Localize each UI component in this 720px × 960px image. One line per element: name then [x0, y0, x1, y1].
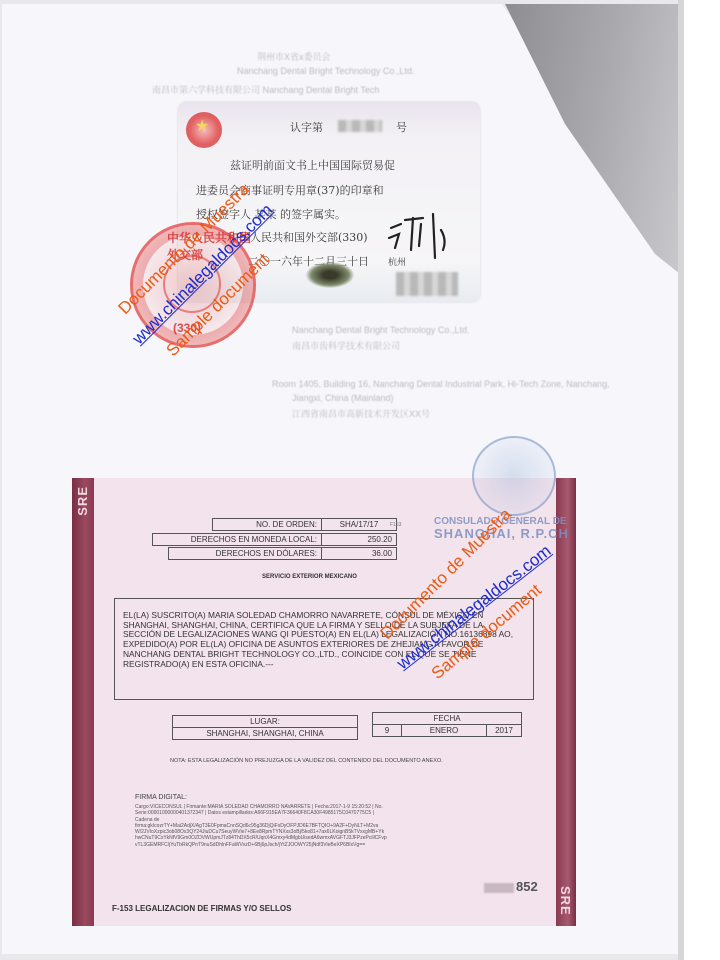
- serial-number: 852: [484, 879, 538, 894]
- usd-fee-value: 36.00: [322, 548, 397, 560]
- scan-edge: [678, 0, 684, 960]
- form-title: F-153 LEGALIZACION DE FIRMAS Y/O SELLOS: [112, 904, 291, 913]
- left-border-bar: SRE: [72, 478, 94, 926]
- order-label: NO. DE ORDEN:: [213, 519, 322, 531]
- faint-line: 江西省南昌市高新技术开发区XX号: [292, 407, 430, 420]
- sre-label: SRE: [558, 886, 573, 916]
- faint-line: Nanchang Dental Bright Technology Co.,Lt…: [237, 66, 414, 76]
- faint-line: Nanchang Dental Bright Technology Co.,Lt…: [292, 325, 469, 335]
- faint-line: 荆州市X省x委员会: [257, 50, 331, 63]
- date-label: FECHA: [373, 713, 522, 725]
- date-day: 9: [373, 725, 402, 737]
- faint-line: 南昌市齿科学技术有限公司: [292, 339, 400, 352]
- date-year: 2017: [487, 725, 522, 737]
- certificate-number-label: 认字第: [290, 119, 323, 135]
- redacted-serial: [396, 272, 458, 296]
- faint-line: Room 1405, Building 16, Nanchang Dental …: [272, 379, 610, 389]
- digital-signature-block: Cargo:VICECONSUL | Firmante:MARIA SOLEDA…: [135, 804, 535, 848]
- redacted-serial-prefix: [484, 883, 514, 893]
- place-label: LUGAR:: [173, 716, 358, 728]
- validity-note: NOTA: ESTA LEGALIZACIÓN NO PREJUZGA DE L…: [170, 758, 443, 764]
- serial-suffix: 852: [516, 879, 538, 894]
- place-table: LUGAR: SHANGHAI, SHANGHAI, CHINA: [172, 715, 358, 740]
- consulate-seal-icon: [472, 436, 556, 516]
- form-code-small: F153: [390, 522, 401, 528]
- national-emblem-icon: [186, 112, 222, 148]
- fees-table: NO. DE ORDEN: SHA/17/17: [212, 518, 397, 531]
- fees-table-local: DERECHOS EN MONEDA LOCAL: 250.20: [152, 533, 397, 546]
- local-fee-value: 250.20: [322, 534, 397, 546]
- digital-signature-title: FIRMA DIGITAL:: [135, 794, 187, 801]
- certificate-line: 兹证明前面文书上中国国际贸易促: [230, 157, 395, 173]
- faint-line: Jiangxi, China (Mainland): [292, 393, 394, 403]
- service-heading: SERVICIO EXTERIOR MEXICANO: [262, 574, 357, 580]
- date-month: ENERO: [402, 725, 487, 737]
- local-fee-label: DERECHOS EN MONEDA LOCAL:: [153, 534, 322, 546]
- sre-label: SRE: [75, 486, 90, 516]
- hologram-icon: [306, 262, 354, 288]
- place-value: SHANGHAI, SHANGHAI, CHINA: [173, 728, 358, 740]
- mexican-legalization-form: SRE SRE NO. DE ORDEN: SHA/17/17 DERECHOS…: [72, 478, 576, 926]
- right-border-bar: SRE: [556, 478, 576, 926]
- certificate-number-suffix: 号: [396, 119, 407, 135]
- usd-fee-label: DERECHOS EN DÓLARES:: [169, 548, 322, 560]
- signature-icon: [383, 210, 473, 260]
- date-table: FECHA 9 ENERO 2017: [372, 712, 522, 737]
- faint-line: 南昌市第六学科技有限公司 Nanchang Dental Bright Tech: [152, 83, 379, 96]
- redacted-number: [338, 120, 382, 132]
- order-value: SHA/17/17: [322, 519, 397, 531]
- signature-line: vTL3GEMRFC/jYuTbRkQPnT9nuSdDhlnFFaWVvzD+…: [135, 842, 535, 848]
- fees-table-usd: DERECHOS EN DÓLARES: 36.00: [168, 547, 397, 560]
